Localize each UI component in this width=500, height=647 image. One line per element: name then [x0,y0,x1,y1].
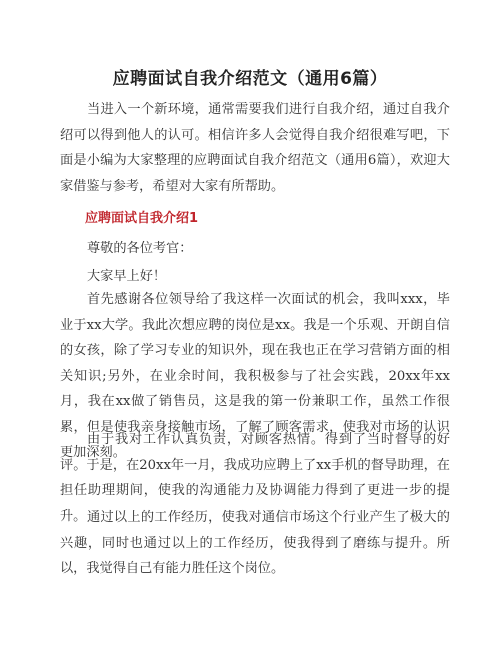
section-heading: 应聘面试自我介绍1 [85,207,198,226]
document-page: 应聘面试自我介绍范文（通用6篇） 当进入一个新环境，通常需要我们进行自我介绍，通… [0,0,500,647]
greeting-text: 大家早上好！ [87,265,166,284]
body-paragraph: 通过以上的工作经历，使我对通信市场这个行业产生了极大的兴趣，同时也通过以上的工作… [60,505,450,582]
document-title: 应聘面试自我介绍范文（通用6篇） [0,64,500,89]
salutation-text: 尊敬的各位考官： [87,237,193,256]
intro-paragraph: 当进入一个新环境，通常需要我们进行自我介绍，通过自我介绍可以得到他人的认可。相信… [60,97,450,199]
